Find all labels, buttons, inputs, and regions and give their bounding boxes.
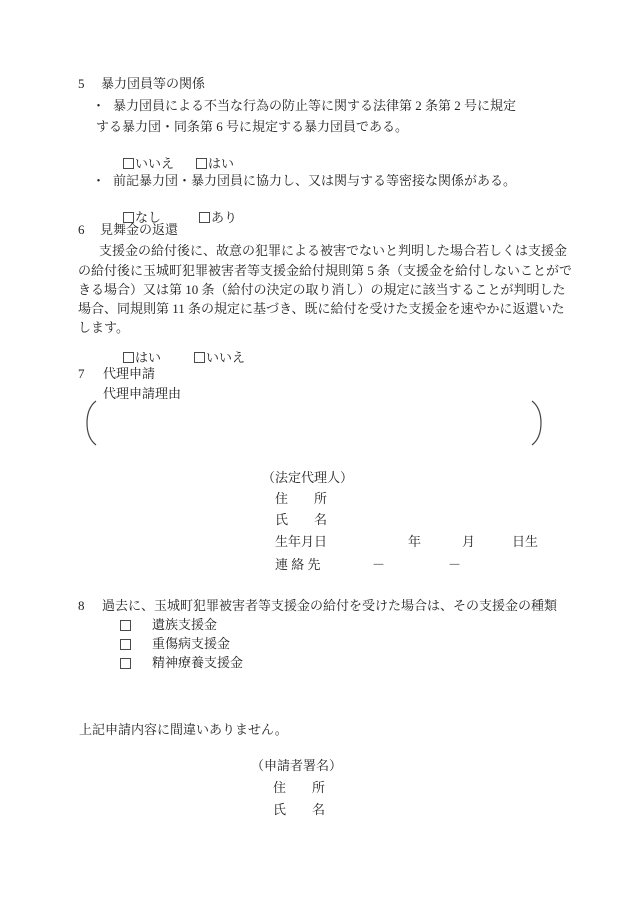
section7-title: 代理申請 <box>103 366 155 382</box>
application-form-page: 5 暴力団員等の関係 ・ 暴力団員による不当な行為の防止等に関する法律第 2 条… <box>0 0 630 903</box>
legal-rep-birthdate-label: 生年月日 <box>275 534 327 550</box>
section6-body-line: 支援金の給付後に、故意の犯罪による被害でないと判明した場合若しくは支援金 <box>99 243 567 259</box>
applicant-name-label: 氏 名 <box>273 802 325 818</box>
checkbox-label-mental-care-support: 精神療養支援金 <box>152 655 243 671</box>
section6-body-line: の給付後に玉城町犯罪被害者等支援金給付規則第 5 条（支援金を給付しないことがで <box>78 263 572 279</box>
section5-number: 5 <box>78 76 85 92</box>
applicant-address-label: 住 所 <box>273 780 325 796</box>
checkbox-serious-injury-support[interactable] <box>120 639 131 650</box>
checkbox-label: はい <box>135 350 161 365</box>
year-label: 年 <box>408 534 421 550</box>
section6-body-line: 場合、同規則第 11 条の規定に基づき、既に給付を受けた支援金を速やかに返還いた <box>78 301 565 317</box>
left-paren-icon <box>84 399 98 447</box>
checkbox-label: いいえ <box>206 350 245 365</box>
month-label: 月 <box>462 534 475 550</box>
checkbox-icon[interactable] <box>123 158 134 169</box>
proxy-reason-field[interactable] <box>84 399 544 447</box>
legal-rep-heading: （法定代理人） <box>262 470 353 486</box>
applicant-signature-heading: （申請者署名） <box>251 758 342 774</box>
checkbox-label: いいえ <box>135 156 174 171</box>
checkbox-bereaved-support[interactable] <box>120 620 131 631</box>
legal-rep-contact-label: 連 絡 先 <box>275 557 321 573</box>
checkbox-label: あり <box>211 210 237 225</box>
phone-dash: － <box>372 557 385 573</box>
phone-dash: － <box>448 557 461 573</box>
section5-item1-line2: する暴力団・同条第 6 号に規定する暴力団員である。 <box>96 119 408 135</box>
checkbox-icon[interactable] <box>196 158 207 169</box>
checkbox-icon[interactable] <box>199 212 210 223</box>
checkbox-option-return-no[interactable]: いいえ <box>181 334 245 382</box>
section6-number: 6 <box>78 222 85 238</box>
section7-number: 7 <box>78 366 85 382</box>
section6-body-line: きる場合）又は第 10 条（給付の決定の取り消し）の規定に該当することが判明した <box>78 282 566 298</box>
right-paren-icon <box>530 399 544 447</box>
section5-title: 暴力団員等の関係 <box>101 76 205 92</box>
section5-item1-line1: 暴力団員による不当な行為の防止等に関する法律第 2 条第 2 号に規定 <box>113 98 516 114</box>
section6-title: 見舞金の返還 <box>100 222 178 238</box>
checkbox-label-serious-injury-support: 重傷病支援金 <box>152 636 230 652</box>
bullet-icon: ・ <box>92 98 105 114</box>
section8-title: 過去に、玉城町犯罪被害者等支援金の給付を受けた場合は、その支援金の種類 <box>102 598 557 614</box>
section5-item2-line1: 前記暴力団・暴力団員に協力し、又は関与する等密接な関係がある。 <box>113 173 516 189</box>
day-label: 日生 <box>512 534 538 550</box>
checkbox-label-bereaved-support: 遺族支援金 <box>152 617 217 633</box>
checkbox-label: はい <box>208 156 234 171</box>
legal-rep-name-label: 氏 名 <box>275 512 327 528</box>
checkbox-mental-care-support[interactable] <box>120 658 131 669</box>
checkbox-option-relation-yes[interactable]: あり <box>186 194 237 242</box>
confirmation-statement: 上記申請内容に間違いありません。 <box>79 722 288 738</box>
section8-number: 8 <box>78 598 85 614</box>
checkbox-icon[interactable] <box>123 352 134 363</box>
bullet-icon: ・ <box>92 173 105 189</box>
legal-rep-address-label: 住 所 <box>275 491 327 507</box>
checkbox-icon[interactable] <box>194 352 205 363</box>
